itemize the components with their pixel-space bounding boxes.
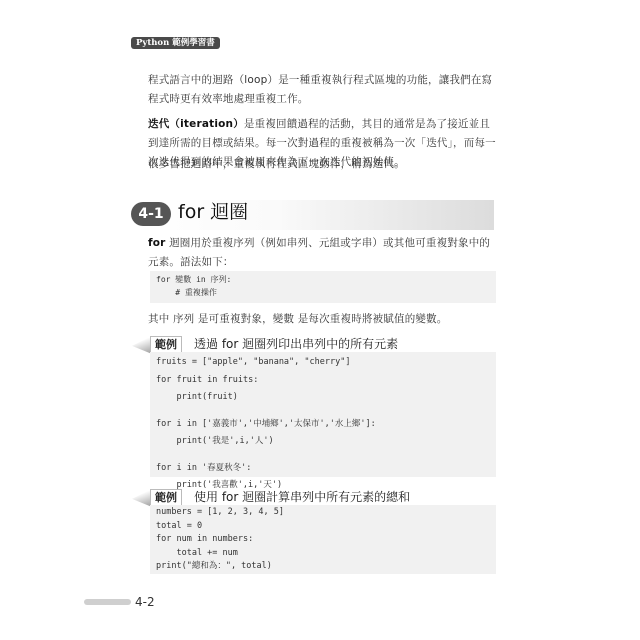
code-line-blank bbox=[150, 407, 496, 416]
code-line: total += num bbox=[150, 547, 496, 561]
syntax-code-block: for 變數 in 序列: # 重複操作 bbox=[150, 271, 496, 303]
code-line: total = 0 bbox=[150, 520, 496, 534]
example-2-code-block: numbers = [1, 2, 3, 4, 5] total = 0 for … bbox=[150, 505, 496, 574]
example-title: 透過 for 迴圈列印出串列中的所有元素 bbox=[194, 336, 398, 353]
code-line: for num in numbers: bbox=[150, 533, 496, 547]
example-title: 使用 for 迴圈計算串列中所有元素的總和 bbox=[194, 489, 410, 506]
code-line: print("總和為：", total) bbox=[150, 560, 496, 574]
code-line: fruits = ["apple", "banana", "cherry"] bbox=[150, 354, 496, 372]
book-title-badge: Python 範例學習書 bbox=[131, 37, 220, 49]
code-line: for i in ['嘉義市','中埔鄉','太保市','水上鄉']: bbox=[150, 416, 496, 434]
page-number: 4-2 bbox=[135, 594, 155, 610]
iteration-term: 迭代（iteration） bbox=[148, 118, 244, 130]
code-line: for 變數 in 序列: bbox=[150, 273, 496, 286]
description-text: 迴圈用於重複序列（例如串列、元組或字串）或其他可重複對象中的元素。語法如下： bbox=[148, 237, 490, 268]
code-line: print('我是',i,'人') bbox=[150, 433, 496, 451]
code-line-blank bbox=[150, 451, 496, 460]
syntax-explanation: 其中 序列 是可重複對象，變數 是每次重複時將被賦值的變數。 bbox=[148, 310, 498, 329]
code-line: for fruit in fruits: bbox=[150, 372, 496, 390]
example-tab-icon bbox=[132, 489, 152, 507]
code-line: for i in '春夏秋冬': bbox=[150, 460, 496, 478]
code-line: # 重複操作 bbox=[150, 286, 496, 299]
code-line: print(fruit) bbox=[150, 389, 496, 407]
intro-paragraph-summary: 很多書把迴路中，重複執行程式區塊動作，稱為迭代。 bbox=[148, 155, 498, 174]
code-line: numbers = [1, 2, 3, 4, 5] bbox=[150, 506, 496, 520]
example-1-code-block: fruits = ["apple", "banana", "cherry"] f… bbox=[150, 352, 496, 477]
example-tab-icon bbox=[132, 336, 152, 354]
for-keyword: for bbox=[148, 237, 166, 249]
section-number-badge: 4-1 bbox=[131, 202, 171, 226]
footer-decoration-bar bbox=[84, 599, 131, 605]
section-title: for 迴圈 bbox=[178, 198, 248, 226]
section-description: for 迴圈用於重複序列（例如串列、元組或字串）或其他可重複對象中的元素。語法如… bbox=[148, 234, 498, 272]
intro-paragraph-loop: 程式語言中的迴路（loop）是一種重複執行程式區塊的功能，讓我們在寫程式時更有效… bbox=[148, 71, 498, 109]
